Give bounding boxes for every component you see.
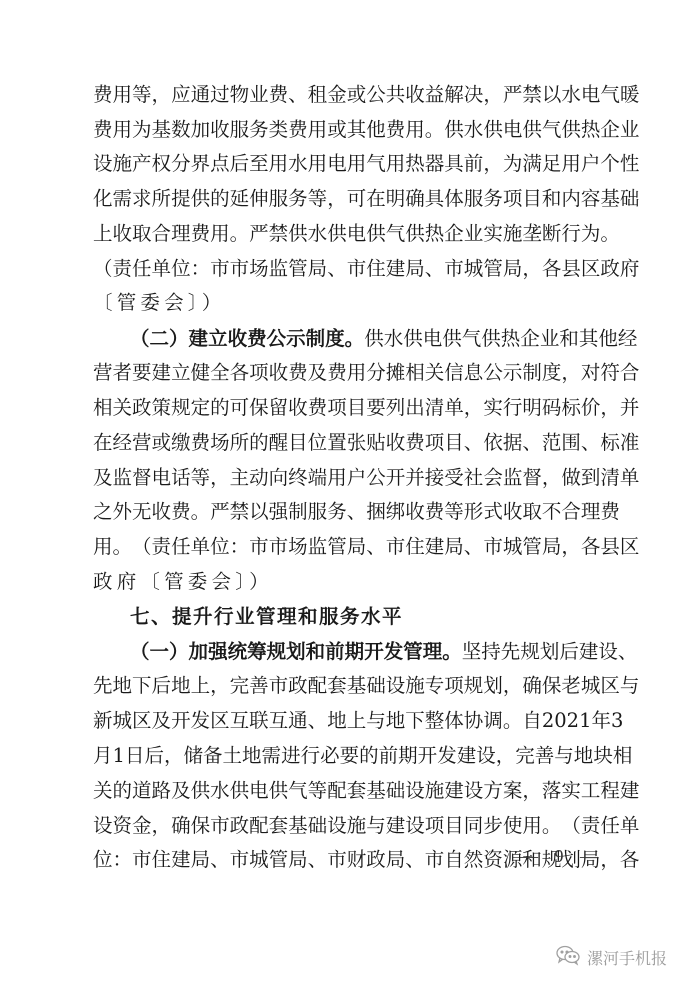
- text-line: 相关政策规定的可保留收费项目要列出清单，实行明码标价，并: [93, 393, 605, 423]
- text-line: （责任单位：市市场监管局、市住建局、市城管局，各县区政府: [93, 254, 605, 284]
- wechat-icon: [555, 944, 581, 970]
- text-line: 新城区及开发区互联互通、地上与地下整体协调。自2021年3: [93, 706, 605, 736]
- text-line: 〔管委会〕）: [93, 288, 605, 318]
- text-line: 费用为基数加收服务类费用或其他费用。供水供电供气供热企业: [93, 115, 605, 145]
- text-line: 在经营或缴费场所的醒目位置张贴收费项目、依据、范围、标准: [93, 428, 605, 458]
- section-heading: 七、提升行业管理和服务水平: [130, 602, 605, 632]
- text-line: （二）建立收费公示制度。供水供电供气供热企业和其他经: [130, 324, 605, 354]
- document-page: 费用等，应通过物业费、租金或公共收益解决，严禁以水电气暖费用为基数加收服务类费用…: [0, 0, 700, 990]
- text-line: 及监督电话等，主动向终端用户公开并接受社会监督，做到清单: [93, 463, 605, 493]
- text-line: 政府〔管委会〕）: [93, 567, 605, 597]
- watermark: 漯河手机报: [555, 944, 667, 970]
- page-number: — 9 —: [520, 846, 604, 867]
- watermark-label: 漯河手机报: [587, 946, 667, 969]
- text-line: 先地下后地上，完善市政配套基础设施专项规划，确保老城区与: [93, 671, 605, 701]
- text-line: 上收取合理费用。严禁供水供电供气供热企业实施垄断行为。: [93, 219, 605, 249]
- text-line: 设施产权分界点后至用水用电用气用热器具前，为满足用户个性: [93, 149, 605, 179]
- text-line: 关的道路及供水供电供气等配套基础设施建设方案，落实工程建: [93, 776, 605, 806]
- text-line: 化需求所提供的延伸服务等，可在明确具体服务项目和内容基础: [93, 184, 605, 214]
- text-line: 之外无收费。严禁以强制服务、捆绑收费等形式收取不合理费: [93, 497, 605, 527]
- text-line: （一）加强统筹规划和前期开发管理。坚持先规划后建设、: [130, 637, 605, 667]
- text-line: 月1日后，储备土地需进行必要的前期开发建设，完善与地块相: [93, 741, 605, 771]
- text-line: 设资金，确保市政配套基础设施与建设项目同步使用。（责任单: [93, 811, 605, 841]
- text-line: 费用等，应通过物业费、租金或公共收益解决，严禁以水电气暖: [93, 80, 605, 110]
- text-line: 用。（责任单位：市市场监管局、市住建局、市城管局，各县区: [93, 532, 605, 562]
- text-line: 营者要建立健全各项收费及费用分摊相关信息公示制度，对符合: [93, 358, 605, 388]
